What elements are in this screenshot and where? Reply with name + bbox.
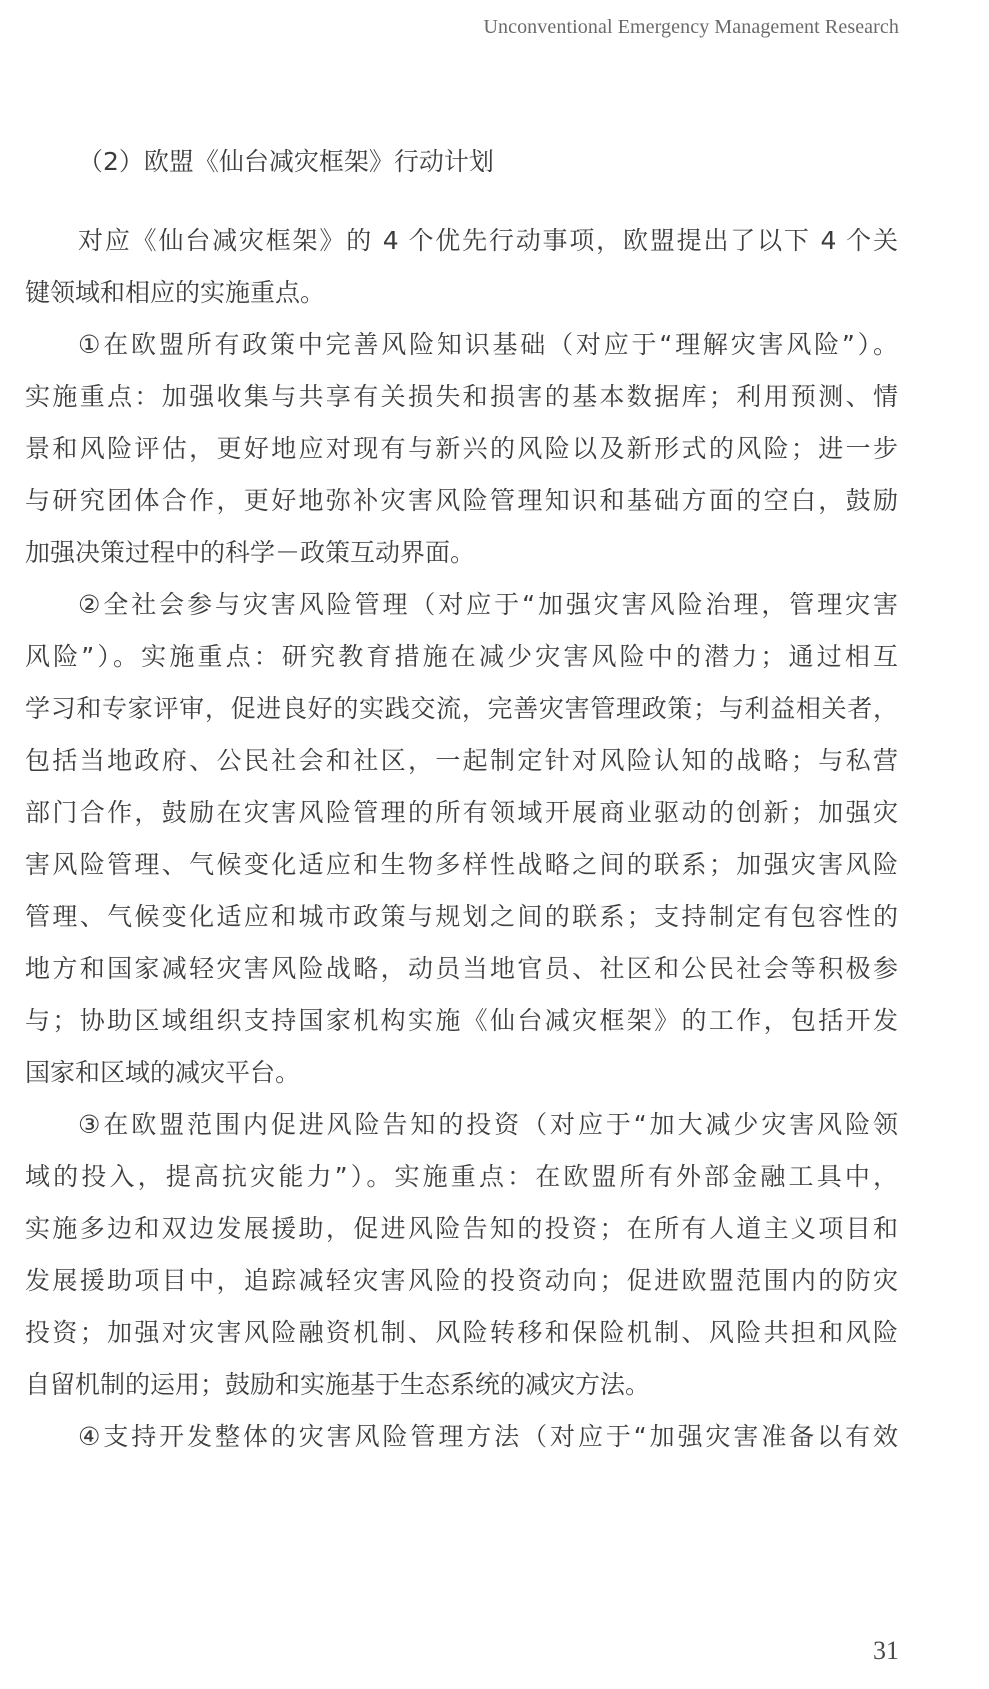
paragraph-line: 景和风险评估，更好地应对现有与新兴的风险以及新形式的风险；进一步	[25, 434, 898, 464]
paragraph-line: 键领域和相应的实施重点。	[25, 278, 898, 308]
paragraph-line: ④支持开发整体的灾害风险管理方法（对应于“加强灾害准备以有效	[78, 1422, 898, 1452]
paragraph-line: 部门合作，鼓励在灾害风险管理的所有领域开展商业驱动的创新；加强灾	[25, 798, 898, 828]
paragraph-line: ②全社会参与灾害风险管理（对应于“加强灾害风险治理，管理灾害	[78, 590, 898, 620]
paragraph-line: 与；协助区域组织支持国家机构实施《仙台减灾框架》的工作，包括开发	[25, 1006, 898, 1036]
paragraph-line: 国家和区域的减灾平台。	[25, 1058, 898, 1088]
paragraph-line: 投资；加强对灾害风险融资机制、风险转移和保险机制、风险共担和风险	[25, 1318, 898, 1348]
paragraph-line: 害风险管理、气候变化适应和生物多样性战略之间的联系；加强灾害风险	[25, 850, 898, 880]
paragraph-line: ①在欧盟所有政策中完善风险知识基础（对应于“理解灾害风险”）。	[78, 330, 898, 360]
page-number: 31	[873, 1636, 899, 1666]
running-header: Unconventional Emergency Management Rese…	[483, 16, 899, 39]
paragraph-line: 发展援助项目中，追踪减轻灾害风险的投资动向；促进欧盟范围内的防灾	[25, 1266, 898, 1296]
paragraph-line: 学习和专家评审，促进良好的实践交流，完善灾害管理政策；与利益相关者，	[25, 694, 898, 724]
paragraph-line: 地方和国家减轻灾害风险战略，动员当地官员、社区和公民社会等积极参	[25, 954, 898, 984]
section-heading: （2）欧盟《仙台减灾框架》行动计划	[78, 147, 494, 177]
paragraph-line: 自留机制的运用；鼓励和实施基于生态系统的减灾方法。	[25, 1370, 898, 1400]
paragraph-line: 实施重点：加强收集与共享有关损失和损害的基本数据库；利用预测、情	[25, 382, 898, 412]
paragraph-line: 与研究团体合作，更好地弥补灾害风险管理知识和基础方面的空白，鼓励	[25, 486, 898, 516]
paragraph-line: 包括当地政府、公民社会和社区，一起制定针对风险认知的战略；与私营	[25, 746, 898, 776]
paragraph-line: 加强决策过程中的科学－政策互动界面。	[25, 538, 898, 568]
paragraph-line: 实施多边和双边发展援助，促进风险告知的投资；在所有人道主义项目和	[25, 1214, 898, 1244]
paragraph-line: ③在欧盟范围内促进风险告知的投资（对应于“加大减少灾害风险领	[78, 1110, 898, 1140]
paragraph-line: 管理、气候变化适应和城市政策与规划之间的联系；支持制定有包容性的	[25, 902, 898, 932]
paragraph-line: 风险”）。实施重点：研究教育措施在减少灾害风险中的潜力；通过相互	[25, 642, 898, 672]
paragraph-line: 对应《仙台减灾框架》的 4 个优先行动事项，欧盟提出了以下 4 个关	[78, 226, 898, 256]
paragraph-line: 域的投入，提高抗灾能力”）。实施重点：在欧盟所有外部金融工具中，	[25, 1162, 898, 1192]
